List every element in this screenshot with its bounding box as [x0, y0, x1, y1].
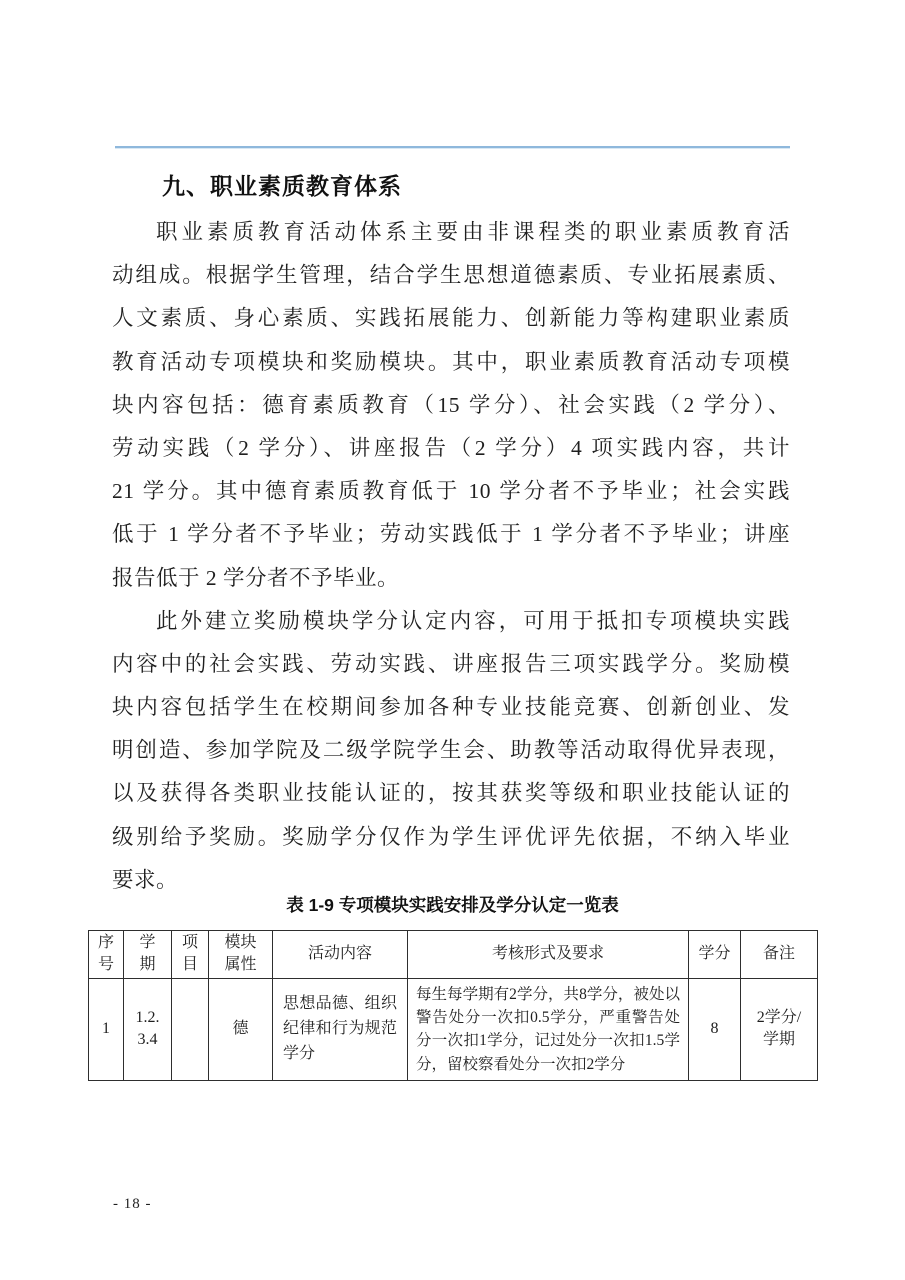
body-text: 职业素质教育活动体系主要由非课程类的职业素质教育活 动组成。根据学生管理，结合学… [112, 211, 790, 902]
paragraph-line: 职业素质教育活动体系主要由非课程类的职业素质教育活 [112, 211, 790, 254]
cell-assessment: 每生每学期有2学分，共8学分，被处以警告处分一次扣0.5学分，严重警告处分一次扣… [408, 978, 689, 1080]
paragraph-line: 明创造、参加学院及二级学院学生会、助教等活动取得优异表现， [112, 729, 790, 772]
paragraph-line: 教育活动专项模块和奖励模块。其中，职业素质教育活动专项模 [112, 341, 790, 384]
col-header-seq: 序 号 [89, 931, 124, 979]
cell-activity: 思想品德、组织纪律和行为规范学分 [273, 978, 408, 1080]
col-header-credits: 学分 [689, 931, 741, 979]
credits-table: 序 号 学 期 项 目 模块 属性 活动内容 考核形式及要求 学分 备注 1 1… [88, 930, 818, 1081]
col-header-semester: 学 期 [124, 931, 172, 979]
paragraph-line: 以及获得各类职业技能认证的，按其获奖等级和职业技能认证的 [112, 772, 790, 815]
col-header-remark: 备注 [741, 931, 818, 979]
paragraph-line: 块内容包括学生在校期间参加各种专业技能竞赛、创新创业、发 [112, 686, 790, 729]
paragraph-line: 低于 1 学分者不予毕业；劳动实践低于 1 学分者不予毕业；讲座 [112, 513, 790, 556]
cell-module-attr: 德 [209, 978, 273, 1080]
col-header-activity: 活动内容 [273, 931, 408, 979]
table-header-row: 序 号 学 期 项 目 模块 属性 活动内容 考核形式及要求 学分 备注 [89, 931, 818, 979]
table-caption: 表 1-9 专项模块实践安排及学分认定一览表 [88, 892, 817, 917]
table-row: 1 1.2. 3.4 德 思想品德、组织纪律和行为规范学分 每生每学期有2学分，… [89, 978, 818, 1080]
page-number: - 18 - [113, 1196, 152, 1213]
col-header-assessment: 考核形式及要求 [408, 931, 689, 979]
cell-remark: 2学分/ 学期 [741, 978, 818, 1080]
paragraph-line: 劳动实践（2 学分）、讲座报告（2 学分）4 项实践内容，共计 [112, 427, 790, 470]
paragraph-line: 人文素质、身心素质、实践拓展能力、创新能力等构建职业素质 [112, 297, 790, 340]
paragraph-line: 块内容包括：德育素质教育（15 学分）、社会实践（2 学分）、 [112, 384, 790, 427]
paragraph-line: 此外建立奖励模块学分认定内容，可用于抵扣专项模块实践 [112, 600, 790, 643]
cell-credits: 8 [689, 978, 741, 1080]
cell-semester: 1.2. 3.4 [124, 978, 172, 1080]
document-page: 九、职业素质教育体系 职业素质教育活动体系主要由非课程类的职业素质教育活 动组成… [0, 0, 905, 1280]
paragraph-line: 级别给予奖励。奖励学分仅作为学生评优评先依据，不纳入毕业 [112, 816, 790, 859]
col-header-module-attr: 模块 属性 [209, 931, 273, 979]
section-heading: 九、职业素质教育体系 [162, 168, 402, 201]
cell-project [172, 978, 209, 1080]
paragraph-line: 21 学分。其中德育素质教育低于 10 学分者不予毕业；社会实践 [112, 470, 790, 513]
paragraph-line: 动组成。根据学生管理，结合学生思想道德素质、专业拓展素质、 [112, 254, 790, 297]
col-header-project: 项 目 [172, 931, 209, 979]
cell-seq: 1 [89, 978, 124, 1080]
paragraph-line: 内容中的社会实践、劳动实践、讲座报告三项实践学分。奖励模 [112, 643, 790, 686]
paragraph-line: 报告低于 2 学分者不予毕业。 [112, 557, 790, 600]
header-divider [115, 146, 790, 148]
